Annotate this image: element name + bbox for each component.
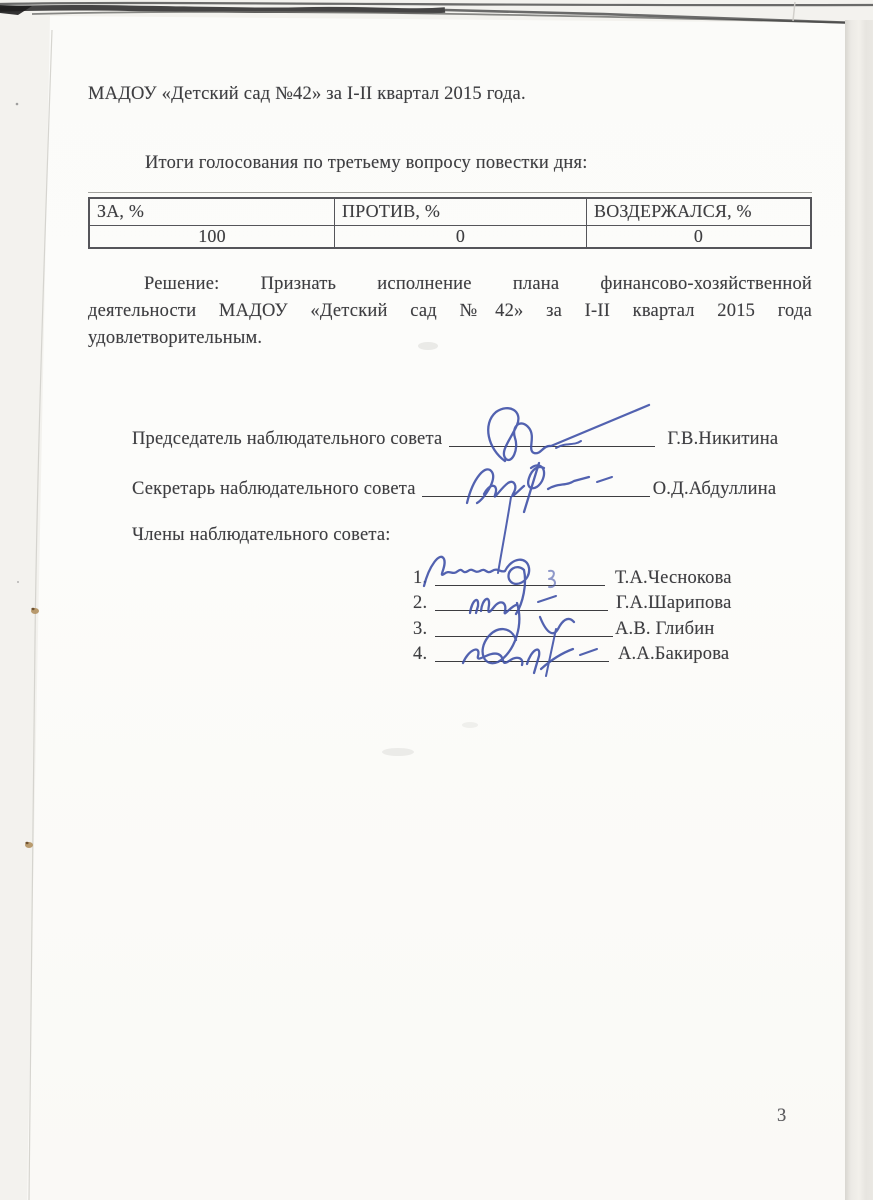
voting-intro: Итоги голосования по третьему вопросу по… [145,153,588,174]
decision-line-3: удовлетворительным. [88,325,812,352]
secretary-signature-line [422,484,650,497]
chairman-signature-row: Председатель наблюдательного советаГ.В.Н… [132,429,778,450]
member-name: А.В. Глибин [615,619,714,639]
chairman-label: Председатель наблюдательного совета [132,429,442,449]
page-number: 3 [777,1106,786,1127]
secretary-label: Секретарь наблюдательного совета [132,479,416,499]
secretary-signature-row: Секретарь наблюдательного советаО.Д.Абду… [132,479,776,500]
member-number: 2. [413,591,435,616]
table-value-protiv: 0 [335,225,587,247]
voting-results-table: ЗА, % ПРОТИВ, % ВОЗДЕРЖАЛСЯ, % 100 0 0 [88,197,812,249]
members-signature-list: 1.Т.А.Чеснокова 2.Г.А.Шарипова 3.А.В. Гл… [413,566,732,668]
secretary-name: О.Д.Абдуллина [653,479,777,499]
member-signature-line [435,598,608,611]
table-header-protiv: ПРОТИВ, % [335,199,587,225]
member-name: А.А.Бакирова [618,644,729,664]
table-value-za: 100 [90,225,335,247]
table-header-vozderzhalsya: ВОЗДЕРЖАЛСЯ, % [587,199,810,225]
table-header-za: ЗА, % [90,199,335,225]
members-label: Члены наблюдательного совета: [132,525,391,546]
member-row: 3.А.В. Глибин [413,617,732,642]
member-name: Т.А.Чеснокова [615,568,732,588]
table-top-scanline [88,192,812,193]
table-value-vozderzhalsya: 0 [587,225,810,247]
table-values-row: 100 0 0 [90,225,810,247]
member-number: 3. [413,617,435,642]
decision-line-2: деятельности МАДОУ «Детский сад №42» за … [88,298,812,325]
member-row: 2.Г.А.Шарипова [413,591,732,616]
member-number: 4. [413,642,435,667]
member-name: Г.А.Шарипова [616,593,732,613]
chairman-name: Г.В.Никитина [667,429,778,449]
member-row: 1.Т.А.Чеснокова [413,566,732,591]
scanner-right-band [845,20,873,1200]
member-row: 4.А.А.Бакирова [413,642,732,667]
member-signature-line [435,624,613,637]
header-line: МАДОУ «Детский сад №42» за I-II квартал … [88,84,526,105]
document-content: МАДОУ «Детский сад №42» за I-II квартал … [0,0,873,1200]
member-signature-line [435,649,609,662]
member-number: 1. [413,566,435,591]
table-header-row: ЗА, % ПРОТИВ, % ВОЗДЕРЖАЛСЯ, % [90,199,810,225]
decision-paragraph: Решение: Признать исполнение плана финан… [88,271,812,352]
member-signature-line [435,573,605,586]
chairman-signature-line [449,434,655,447]
decision-line-1: Решение: Признать исполнение плана финан… [88,271,812,298]
